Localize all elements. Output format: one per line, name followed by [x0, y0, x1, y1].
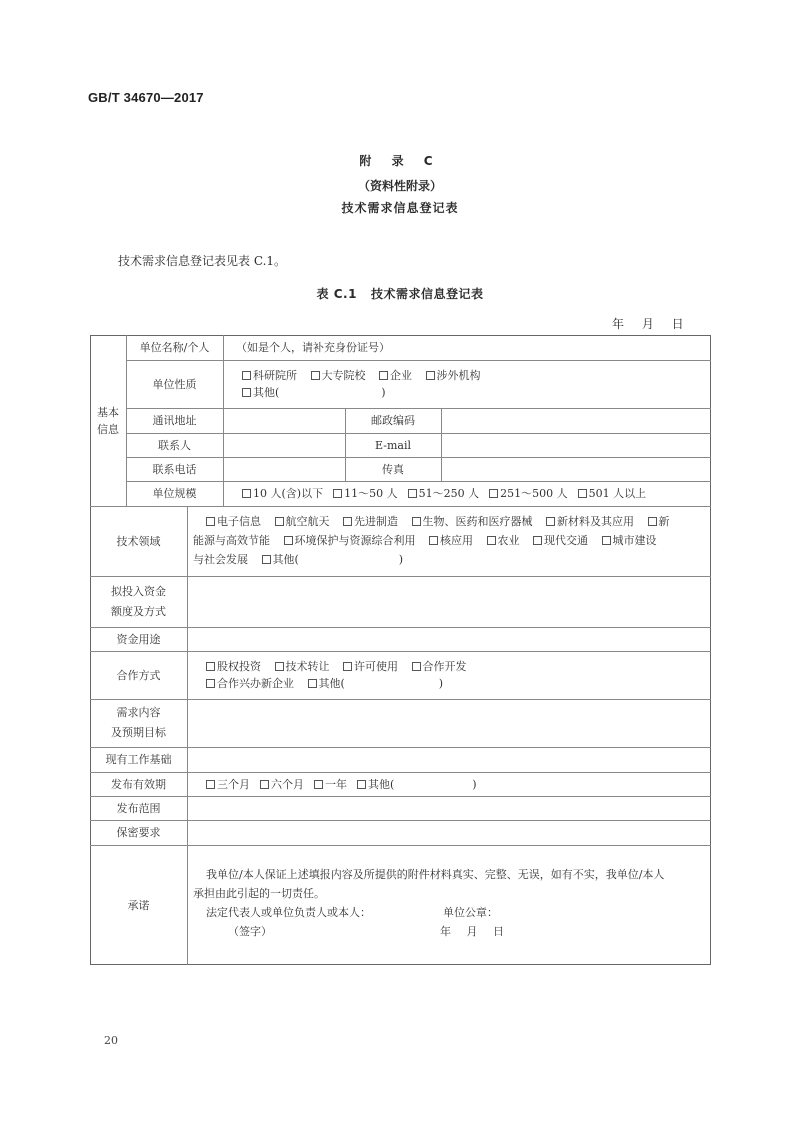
fund-use-field[interactable] — [187, 627, 711, 651]
cooperation-options: 股权投资 技术转让 许可使用 合作开发 合作兴办新企业 其他() — [206, 653, 706, 697]
unit-name-label: 单位名称/个人 — [126, 335, 223, 360]
checkbox-icon[interactable] — [308, 679, 317, 688]
table-caption: 表 C.1技术需求信息登记表 — [0, 285, 800, 302]
tech-field-option[interactable]: 先进制造 — [343, 515, 398, 528]
checkbox-icon[interactable] — [206, 780, 215, 789]
checkbox-icon[interactable] — [648, 517, 657, 526]
tech-field-option[interactable]: 城市建设 — [602, 534, 657, 547]
unit-nature-options: 科研院所 大专院校 企业 涉外机构 其他() — [242, 362, 702, 406]
appendix-subtitle: （资料性附录） — [0, 177, 800, 194]
checkbox-icon[interactable] — [412, 517, 421, 526]
checkbox-icon[interactable] — [206, 679, 215, 688]
contact-field[interactable] — [223, 433, 345, 457]
cooperation-option[interactable]: 合作兴办新企业 — [206, 677, 294, 690]
demand-field[interactable] — [187, 699, 711, 747]
checkbox-icon[interactable] — [578, 489, 587, 498]
unit-scale-option[interactable]: 11～50 人 — [333, 485, 398, 502]
checkbox-icon[interactable] — [333, 489, 342, 498]
cooperation-label: 合作方式 — [90, 651, 187, 699]
fax-label: 传真 — [345, 457, 441, 481]
checkbox-icon[interactable] — [533, 536, 542, 545]
checkbox-icon[interactable] — [487, 536, 496, 545]
basic-info-group-label: 基本 信息 — [90, 335, 126, 506]
fund-use-label: 资金用途 — [90, 627, 187, 651]
page-number: 20 — [104, 1034, 118, 1047]
checkbox-icon[interactable] — [602, 536, 611, 545]
checkbox-icon[interactable] — [314, 780, 323, 789]
checkbox-icon[interactable] — [489, 489, 498, 498]
demand-label: 需求内容 及预期目标 — [90, 699, 187, 747]
tech-field-option[interactable]: 核应用 — [429, 534, 473, 547]
unit-scale-options: 10 人(含)以下 11～50 人 51～250 人 251～500 人 501… — [242, 481, 707, 506]
tech-field-option[interactable]: 航空航天 — [275, 515, 330, 528]
tech-field-label: 技术领域 — [90, 506, 187, 576]
fax-field[interactable] — [441, 457, 711, 481]
cooperation-option[interactable]: 股权投资 — [206, 660, 261, 673]
contact-label: 联系人 — [126, 433, 223, 457]
tech-field-option[interactable]: 新材料及其应用 — [546, 515, 634, 528]
signer-label: 法定代表人或单位负责人或本人： — [206, 906, 371, 919]
tech-field-option[interactable]: 新 — [648, 515, 670, 528]
unit-nature-option[interactable]: 大专院校 — [311, 369, 366, 382]
unit-scale-label: 单位规模 — [126, 481, 223, 506]
phone-label: 联系电话 — [126, 457, 223, 481]
unit-name-hint: （如是个人，请补充身份证号） — [236, 339, 390, 356]
appendix-title: 附 录 C — [0, 152, 800, 169]
validity-option[interactable]: 三个月 — [206, 776, 250, 793]
investment-label: 拟投入资金 额度及方式 — [90, 576, 187, 627]
intro-text: 技术需求信息登记表见表 C.1。 — [118, 252, 286, 269]
checkbox-icon[interactable] — [242, 489, 251, 498]
checkbox-icon[interactable] — [206, 517, 215, 526]
validity-options: 三个月 六个月 一年 其他() — [206, 772, 706, 796]
cooperation-option[interactable]: 许可使用 — [343, 660, 398, 673]
unit-nature-option[interactable]: 企业 — [379, 369, 412, 382]
tech-field-options: 电子信息 航空航天 先进制造 生物、医药和医疗器械 新材料及其应用 新 能源与高… — [193, 512, 708, 569]
sign-note: （签字） — [228, 925, 272, 938]
email-field[interactable] — [441, 433, 711, 457]
checkbox-icon[interactable] — [275, 517, 284, 526]
unit-scale-option[interactable]: 251～500 人 — [489, 485, 568, 502]
cooperation-option[interactable]: 技术转让 — [275, 660, 330, 673]
checkbox-icon[interactable] — [284, 536, 293, 545]
checkbox-icon[interactable] — [275, 662, 284, 671]
seal-label: 单位公章： — [443, 906, 498, 919]
address-label: 通讯地址 — [126, 408, 223, 433]
table-number: 表 C.1 — [317, 287, 357, 301]
checkbox-icon[interactable] — [206, 662, 215, 671]
unit-scale-option[interactable]: 501 人以上 — [578, 485, 647, 502]
commitment-date: 年 月 日 — [440, 925, 504, 938]
scope-label: 发布范围 — [90, 796, 187, 820]
checkbox-icon[interactable] — [262, 555, 271, 564]
cooperation-option[interactable]: 合作开发 — [412, 660, 467, 673]
unit-nature-label: 单位性质 — [126, 360, 223, 408]
standard-code: GB/T 34670—2017 — [88, 90, 204, 105]
tech-field-option[interactable]: 生物、医药和医疗器械 — [412, 515, 533, 528]
commitment-label: 承诺 — [90, 845, 187, 965]
commitment-text: 我单位/本人保证上述填报内容及所提供的附件材料真实、完整、无误，如有不实，我单位… — [193, 865, 708, 941]
checkbox-icon[interactable] — [260, 780, 269, 789]
checkbox-icon[interactable] — [343, 517, 352, 526]
checkbox-icon[interactable] — [311, 371, 320, 380]
checkbox-icon[interactable] — [412, 662, 421, 671]
tech-field-option[interactable]: 环境保护与资源综合利用 — [284, 534, 416, 547]
appendix-name: 技术需求信息登记表 — [0, 199, 800, 216]
unit-nature-option[interactable]: 科研院所 — [242, 369, 297, 382]
postcode-label: 邮政编码 — [345, 408, 441, 433]
validity-option[interactable]: 一年 — [314, 776, 347, 793]
table-title: 技术需求信息登记表 — [371, 287, 484, 301]
tech-field-other[interactable]: 其他() — [262, 553, 404, 566]
tech-field-option[interactable]: 现代交通 — [533, 534, 588, 547]
checkbox-icon[interactable] — [408, 489, 417, 498]
investment-field[interactable] — [187, 576, 711, 627]
checkbox-icon[interactable] — [242, 371, 251, 380]
unit-nature-other[interactable]: 其他() — [242, 384, 386, 401]
checkbox-icon[interactable] — [343, 662, 352, 671]
checkbox-icon[interactable] — [242, 388, 251, 397]
tech-field-option[interactable]: 电子信息 — [206, 515, 261, 528]
email-label: E-mail — [345, 433, 441, 457]
address-field[interactable] — [223, 408, 345, 433]
checkbox-icon[interactable] — [357, 780, 366, 789]
scope-field[interactable] — [187, 796, 711, 820]
cooperation-other[interactable]: 其他() — [308, 677, 444, 690]
unit-scale-option[interactable]: 51～250 人 — [408, 485, 480, 502]
unit-name-field[interactable]: （如是个人，请补充身份证号） — [236, 335, 706, 360]
form-date: 年 月 日 — [612, 315, 684, 332]
checkbox-icon[interactable] — [546, 517, 555, 526]
confidentiality-field[interactable] — [187, 820, 711, 845]
unit-nature-option[interactable]: 涉外机构 — [426, 369, 481, 382]
tech-field-option[interactable]: 农业 — [487, 534, 520, 547]
validity-other[interactable]: 其他() — [357, 776, 477, 793]
phone-field[interactable] — [223, 457, 345, 481]
validity-option[interactable]: 六个月 — [260, 776, 304, 793]
validity-label: 发布有效期 — [90, 772, 187, 796]
checkbox-icon[interactable] — [426, 371, 435, 380]
confidentiality-label: 保密要求 — [90, 820, 187, 845]
existing-work-label: 现有工作基础 — [90, 747, 187, 772]
existing-work-field[interactable] — [187, 747, 711, 772]
postcode-field[interactable] — [441, 408, 711, 433]
unit-scale-option[interactable]: 10 人(含)以下 — [242, 485, 323, 502]
checkbox-icon[interactable] — [429, 536, 438, 545]
checkbox-icon[interactable] — [379, 371, 388, 380]
